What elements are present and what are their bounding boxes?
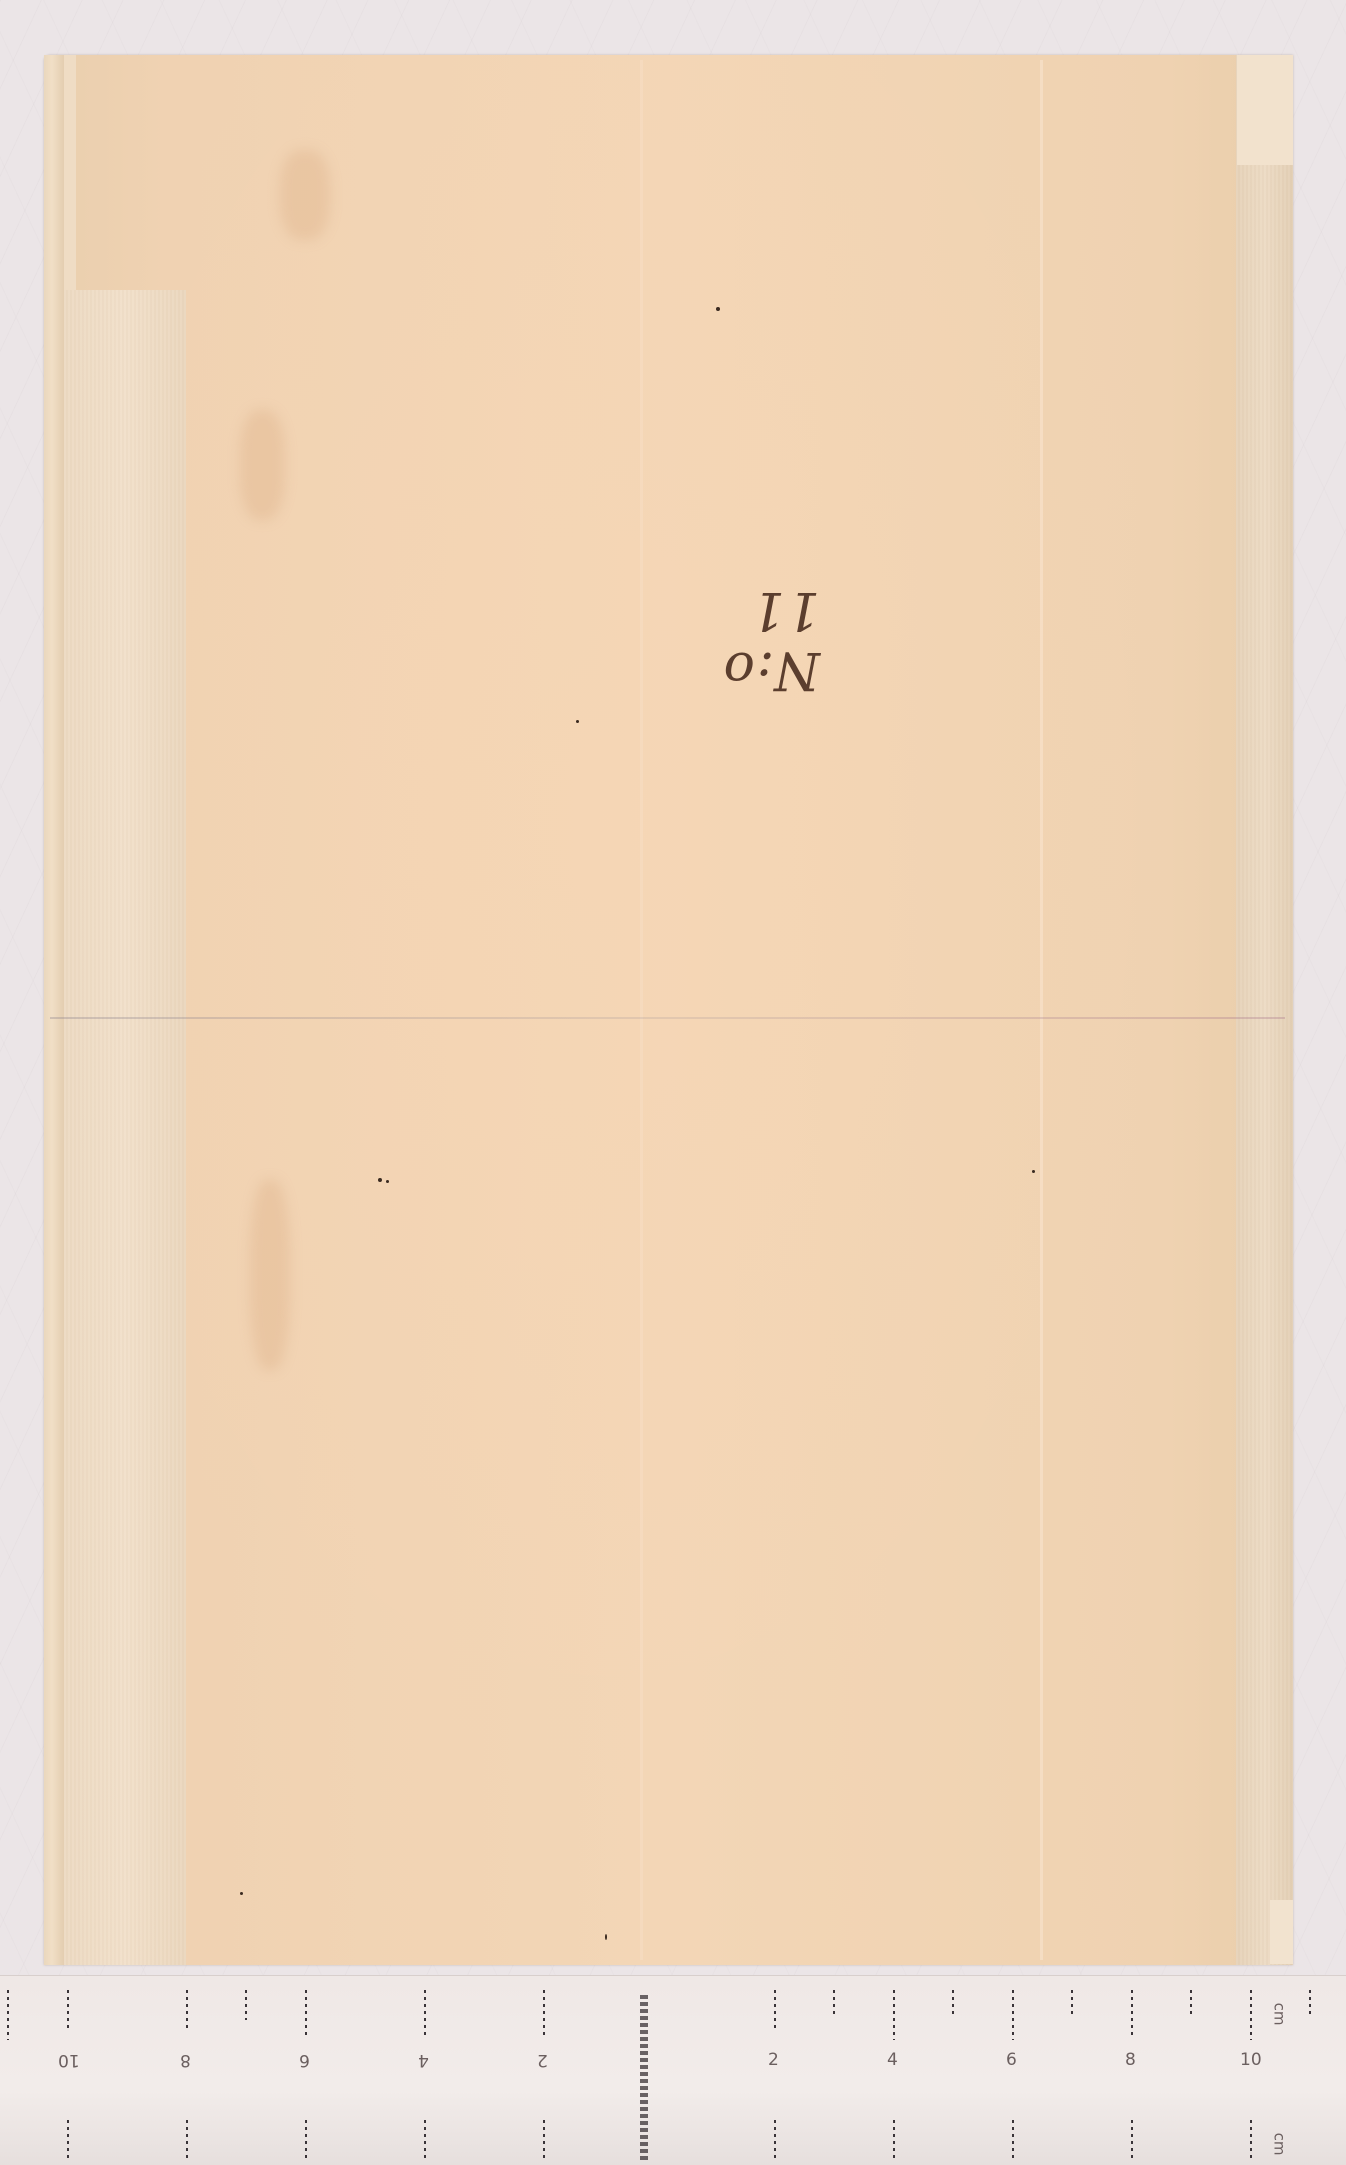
ruler-tick <box>186 1990 188 2030</box>
ruler-tick <box>774 2120 776 2160</box>
ruler-label: 8 <box>1125 2050 1136 2070</box>
hinge-strip-left <box>64 290 186 1965</box>
handwritten-number-inscription: N:o 11 <box>640 585 820 695</box>
ruler-label: 8 <box>180 2050 191 2070</box>
ruler-tick <box>893 2120 895 2160</box>
ruler-label: 6 <box>1006 2050 1017 2070</box>
ruler-label: 6 <box>299 2050 310 2070</box>
ruler-label: 10 <box>1240 2050 1262 2070</box>
ruler-tick <box>543 2120 545 2160</box>
ruler-label: 4 <box>418 2050 429 2070</box>
ruler-tick <box>305 1990 307 2035</box>
ruler-tick <box>543 1990 545 2035</box>
ruler-tick <box>1250 1990 1252 2040</box>
ruler-tick <box>67 2120 69 2160</box>
ink-speck <box>716 307 720 311</box>
ruler-label: 2 <box>537 2050 548 2070</box>
ruler-tick <box>424 1990 426 2035</box>
ruler-tick <box>833 1990 835 2015</box>
ruler-tick <box>1131 1990 1133 2035</box>
ink-speck <box>240 1892 243 1895</box>
hinge-patch-bottom-right <box>1270 1900 1293 1964</box>
ruler-center-mark <box>640 1995 648 2160</box>
ruler-tick <box>1131 2120 1133 2160</box>
ruler-tick <box>245 1990 247 2020</box>
ink-speck <box>605 1934 607 1940</box>
ruler-label: 2 <box>768 2050 779 2070</box>
ruler-label: 4 <box>887 2050 898 2070</box>
ruler-tick <box>1012 2120 1014 2160</box>
paper-sheet <box>44 55 1293 1965</box>
hinge-strip-left-top <box>64 55 76 290</box>
ruler-unit-label: cm <box>1270 2133 1288 2156</box>
hinge-patch-top-right <box>1237 55 1293 165</box>
measurement-ruler <box>0 1975 1346 2165</box>
sheet-left-edge <box>44 55 64 1965</box>
ruler-tick <box>774 1990 776 2030</box>
ruler-tick <box>67 1990 69 2030</box>
ink-speck <box>1032 1170 1035 1173</box>
ruler-tick <box>186 2120 188 2160</box>
foxing-stain <box>250 1180 290 1370</box>
foxing-stain <box>240 410 285 520</box>
inscription-text: N:o 11 <box>640 580 820 700</box>
vertical-crease <box>1040 60 1043 1960</box>
ruler-tick <box>893 1990 895 2040</box>
ink-speck <box>378 1178 382 1182</box>
hinge-strip-right <box>1236 55 1293 1965</box>
ruler-tick <box>1250 2120 1252 2160</box>
vertical-crease <box>640 60 643 1960</box>
ruler-tick <box>424 2120 426 2160</box>
ruler-unit-label: cm <box>1270 2003 1288 2026</box>
ink-speck <box>576 720 579 723</box>
horizontal-fold-line <box>50 1017 1285 1019</box>
ruler-tick <box>1071 1990 1073 2015</box>
ruler-tick <box>1190 1990 1192 2015</box>
ruler-tick <box>1012 1990 1014 2040</box>
ruler-tick <box>952 1990 954 2015</box>
ruler-tick <box>1309 1990 1311 2015</box>
ruler-label: 10 <box>58 2050 80 2070</box>
ruler-tick <box>7 1990 9 2040</box>
foxing-stain <box>280 150 330 240</box>
ink-speck <box>386 1180 389 1183</box>
ruler-tick <box>305 2120 307 2160</box>
